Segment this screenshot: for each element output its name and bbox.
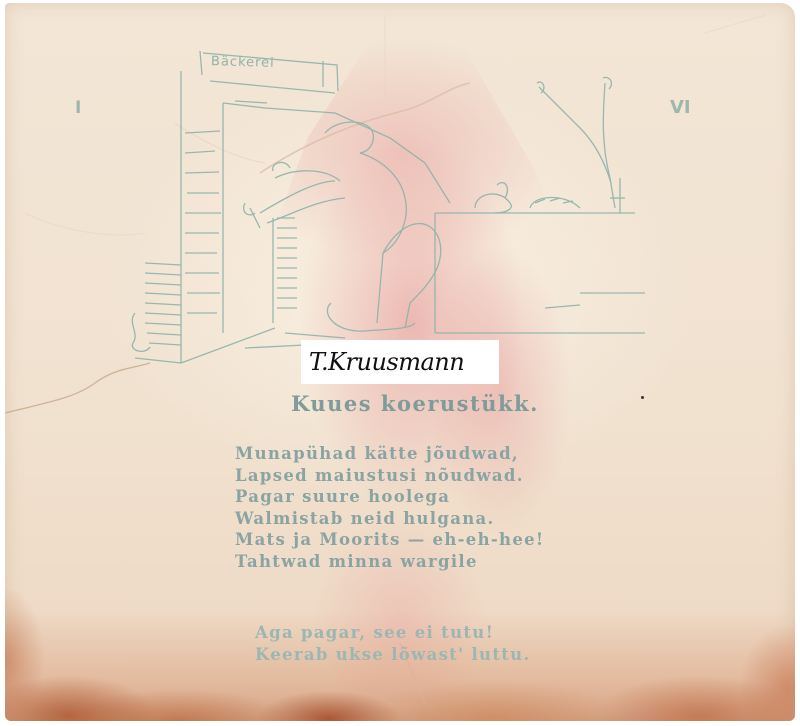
poem-line: Munapühad kätte jõudwad, <box>235 443 544 465</box>
poem-line: Pagar suure hoolega <box>235 486 544 508</box>
poem-line: Walmistab neid hulgana. <box>235 508 544 530</box>
poem-line: Lapsed maiustusi nõudwad. <box>235 465 544 487</box>
poem-line: Tahtwad minna wargile <box>235 551 544 573</box>
poem-line: Aga pagar, see ei tutu! <box>255 622 531 644</box>
poem-stanza-1: Munapühad kätte jõudwad, Lapsed maiustus… <box>235 443 544 572</box>
poem-line: Keerab ukse lõwast' luttu. <box>255 644 531 666</box>
signature-text: T.Kruusmann <box>309 348 464 376</box>
poem-title: Kuues koerustükk. <box>270 391 560 416</box>
ink-speck <box>641 396 644 399</box>
poem-line: Mats ja Moorits — eh-eh-hee! <box>235 529 544 551</box>
poem-stanza-2: Aga pagar, see ei tutu! Keerab ukse lõwa… <box>255 622 531 665</box>
bakery-sign-text: Bäckerei <box>211 54 275 71</box>
scanned-card: I VI <box>5 3 795 721</box>
signature-label: T.Kruusmann <box>301 340 499 384</box>
